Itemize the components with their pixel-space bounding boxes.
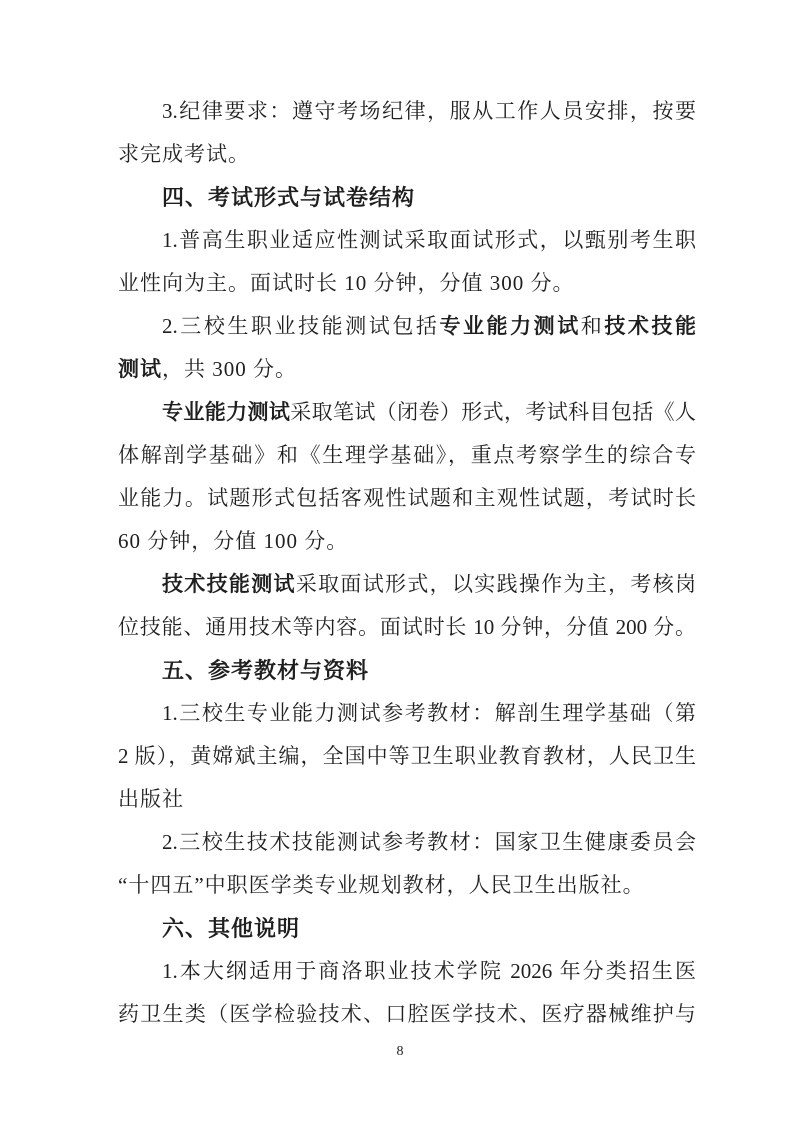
text-line: 药卫生类（医学检验技术、口腔医学技术、医疗器械维护与 (118, 993, 696, 1036)
section-heading: 六、其他说明 (118, 907, 696, 950)
text-run: 和 (581, 314, 605, 338)
text-line: 1.本大纲适用于商洛职业技术学院 2026 年分类招生医 (118, 950, 696, 993)
text-run: 体解剖学基础》和《生理学基础》，重点考察学生的综合专 (118, 443, 696, 467)
text-run: 业性向为主。面试时长 10 分钟，分值 300 分。 (118, 271, 575, 295)
text-run: 技术技能测试 (162, 573, 296, 596)
text-run: 业能力。试题形式包括客观性试题和主观性试题，考试时长 (118, 486, 696, 510)
page-number: 8 (0, 1042, 800, 1062)
text-line: 业性向为主。面试时长 10 分钟，分值 300 分。 (118, 262, 696, 305)
text-run: 六、其他说明 (162, 916, 300, 941)
text-run: 位技能、通用技术等内容。面试时长 10 分钟，分值 200 分。 (118, 615, 696, 639)
text-run: 专业能力测试 (162, 401, 290, 424)
text-run: 求完成考试。 (118, 142, 250, 166)
text-run: 2 版），黄嫦斌主编，全国中等卫生职业教育教材，人民卫生 (118, 744, 696, 768)
text-run: 四、考试形式与试卷结构 (162, 185, 415, 210)
text-run: 1.三校生专业能力测试参考教材：解剖生理学基础（第 (162, 701, 696, 725)
text-line: 2 版），黄嫦斌主编，全国中等卫生职业教育教材，人民卫生 (118, 735, 696, 778)
text-line: 业能力。试题形式包括客观性试题和主观性试题，考试时长 (118, 477, 696, 520)
text-line: 求完成考试。 (118, 133, 696, 176)
text-run: “十四五”中职医学类专业规划教材，人民卫生出版社。 (118, 873, 645, 897)
text-line: 2.三校生职业技能测试包括专业能力测试和技术技能 (118, 305, 696, 348)
document-page: 3.纪律要求：遵守考场纪律，服从工作人员安排，按要求完成考试。四、考试形式与试卷… (0, 0, 800, 1131)
document-body: 3.纪律要求：遵守考场纪律，服从工作人员安排，按要求完成考试。四、考试形式与试卷… (118, 90, 696, 1036)
text-run: 采取笔试（闭卷）形式，考试科目包括《人 (290, 400, 696, 424)
text-run: 1.本大纲适用于商洛职业技术学院 2026 年分类招生医 (162, 959, 696, 983)
text-run: ，共 300 分。 (162, 357, 297, 381)
text-line: 60 分钟，分值 100 分。 (118, 520, 696, 563)
text-run: 采取面试形式，以实践操作为主，考核岗 (296, 572, 696, 596)
text-line: 出版社 (118, 778, 696, 821)
text-run: 测试 (118, 358, 162, 381)
section-heading: 四、考试形式与试卷结构 (118, 176, 696, 219)
text-run: 出版社 (118, 787, 184, 811)
text-run: 2.三校生职业技能测试包括 (162, 314, 439, 338)
text-line: 体解剖学基础》和《生理学基础》，重点考察学生的综合专 (118, 434, 696, 477)
text-line: 1.三校生专业能力测试参考教材：解剖生理学基础（第 (118, 692, 696, 735)
text-run: 3.纪律要求：遵守考场纪律，服从工作人员安排，按要 (162, 99, 696, 123)
text-run: 1.普高生职业适应性测试采取面试形式，以甄别考生职 (162, 228, 696, 252)
text-run: 专业能力测试 (439, 315, 580, 338)
text-line: 技术技能测试采取面试形式，以实践操作为主，考核岗 (118, 563, 696, 606)
text-run: 五、参考教材与资料 (162, 658, 369, 683)
text-run: 60 分钟，分值 100 分。 (118, 529, 348, 553)
text-line: 2.三校生技术技能测试参考教材：国家卫生健康委员会 (118, 821, 696, 864)
section-heading: 五、参考教材与资料 (118, 649, 696, 692)
text-line: 3.纪律要求：遵守考场纪律，服从工作人员安排，按要 (118, 90, 696, 133)
text-run: 2.三校生技术技能测试参考教材：国家卫生健康委员会 (162, 830, 696, 854)
text-line: 测试，共 300 分。 (118, 348, 696, 391)
text-line: “十四五”中职医学类专业规划教材，人民卫生出版社。 (118, 864, 696, 907)
text-line: 专业能力测试采取笔试（闭卷）形式，考试科目包括《人 (118, 391, 696, 434)
text-run: 技术技能 (604, 315, 696, 338)
text-line: 位技能、通用技术等内容。面试时长 10 分钟，分值 200 分。 (118, 606, 696, 649)
text-run: 药卫生类（医学检验技术、口腔医学技术、医疗器械维护与 (118, 1002, 696, 1026)
text-line: 1.普高生职业适应性测试采取面试形式，以甄别考生职 (118, 219, 696, 262)
